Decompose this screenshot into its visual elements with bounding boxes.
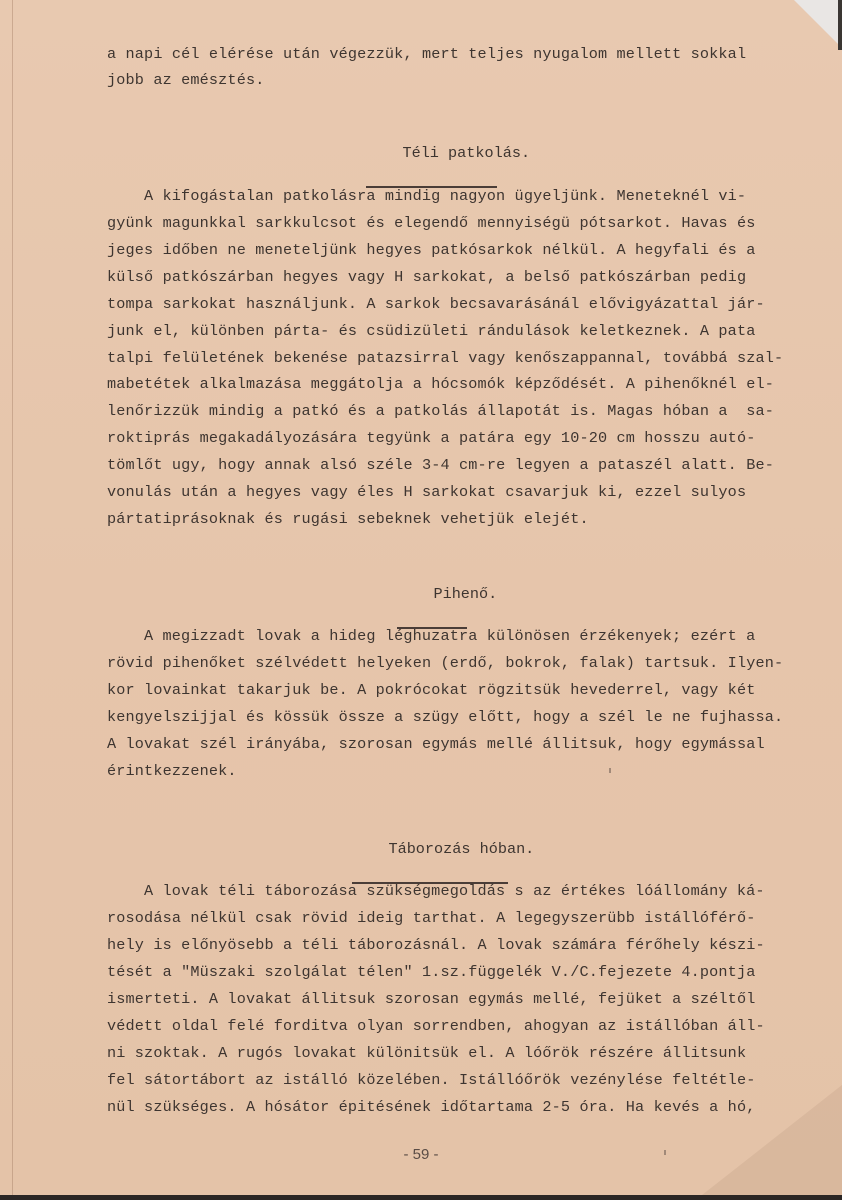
section-heading: Pihenő. — [397, 567, 467, 665]
text-line: hely is előnyösebb a téli táborozásnál. … — [107, 936, 765, 954]
text-line: talpi felületének bekenése patazsirral v… — [107, 349, 783, 367]
section-heading-text: Pihenő. — [433, 585, 497, 603]
page-number: - 59 - — [0, 1146, 842, 1163]
text-line: A megizzadt lovak a hideg léghuzatra kül… — [144, 627, 755, 645]
text-line: jobb az emésztés. — [107, 71, 265, 89]
text-line: tését a "Müszaki szolgálat télen" 1.sz.f… — [107, 963, 755, 981]
text-line: érintkezzenek. — [107, 762, 237, 780]
section-heading-text: Téli patkolás. — [402, 144, 530, 162]
ink-speck — [664, 1150, 666, 1155]
text-line: ismerteti. A lovakat állitsuk szorosan e… — [107, 990, 755, 1008]
text-line: tompa sarkokat használjunk. A sarkok bec… — [107, 295, 765, 313]
text-line: lenőrizzük mindig a patkó és a patkolás … — [107, 402, 774, 420]
text-line: védett oldal felé forditva olyan sorrend… — [107, 1017, 765, 1035]
ink-speck — [609, 768, 611, 773]
text-line: mabetétek alkalmazása meggátolja a hócso… — [107, 375, 774, 393]
text-line: ni szoktak. A rugós lovakat különitsük e… — [107, 1044, 746, 1062]
text-line: A lovak téli táborozása szükségmegoldás … — [144, 882, 765, 900]
text-line: tömlőt ugy, hogy annak alsó széle 3-4 cm… — [107, 456, 774, 474]
text-line: fel sátortábort az istálló közelében. Is… — [107, 1071, 755, 1089]
scan-edge — [838, 0, 842, 50]
scan-edge-bottom — [0, 1195, 842, 1200]
text-line: kor lovainkat takarjuk be. A pokrócokat … — [107, 681, 755, 699]
text-line: A kifogástalan patkolásra mindig nagyon … — [144, 187, 746, 205]
text-line: rövid pihenőket szélvédett helyeken (erd… — [107, 654, 783, 672]
text-line: jeges időben ne meneteljünk hegyes patkó… — [107, 241, 755, 259]
text-line: roktiprás megakadályozására tegyünk a pa… — [107, 429, 755, 447]
text-line: pártatiprásoknak és rugási sebeknek vehe… — [107, 510, 589, 528]
text-line: kengyelszijjal és kössük össze a szügy e… — [107, 708, 783, 726]
text-line: vonulás után a hegyes vagy éles H sarkok… — [107, 483, 746, 501]
text-line: gyünk magunkkal sarkkulcsot és elegendő … — [107, 214, 755, 232]
text-line: junk el, különben párta- és csüdizületi … — [107, 322, 755, 340]
folded-corner — [794, 0, 842, 48]
page-edge-line — [12, 0, 13, 1200]
text-line: a napi cél elérése után végezzük, mert t… — [107, 45, 746, 63]
text-line: A lovakat szél irányába, szorosan egymás… — [107, 735, 765, 753]
document-page: a napi cél elérése után végezzük, mert t… — [0, 0, 842, 1200]
section-heading: Téli patkolás. — [366, 126, 497, 224]
text-line: külső patkószárban hegyes vagy H sarkoka… — [107, 268, 746, 286]
section-heading-text: Táborozás hóban. — [388, 840, 534, 858]
text-line: nül szükséges. A hósátor épitésének időt… — [107, 1098, 755, 1116]
text-line: rosodása nélkül csak rövid ideig tarthat… — [107, 909, 755, 927]
section-heading: Táborozás hóban. — [352, 822, 508, 920]
